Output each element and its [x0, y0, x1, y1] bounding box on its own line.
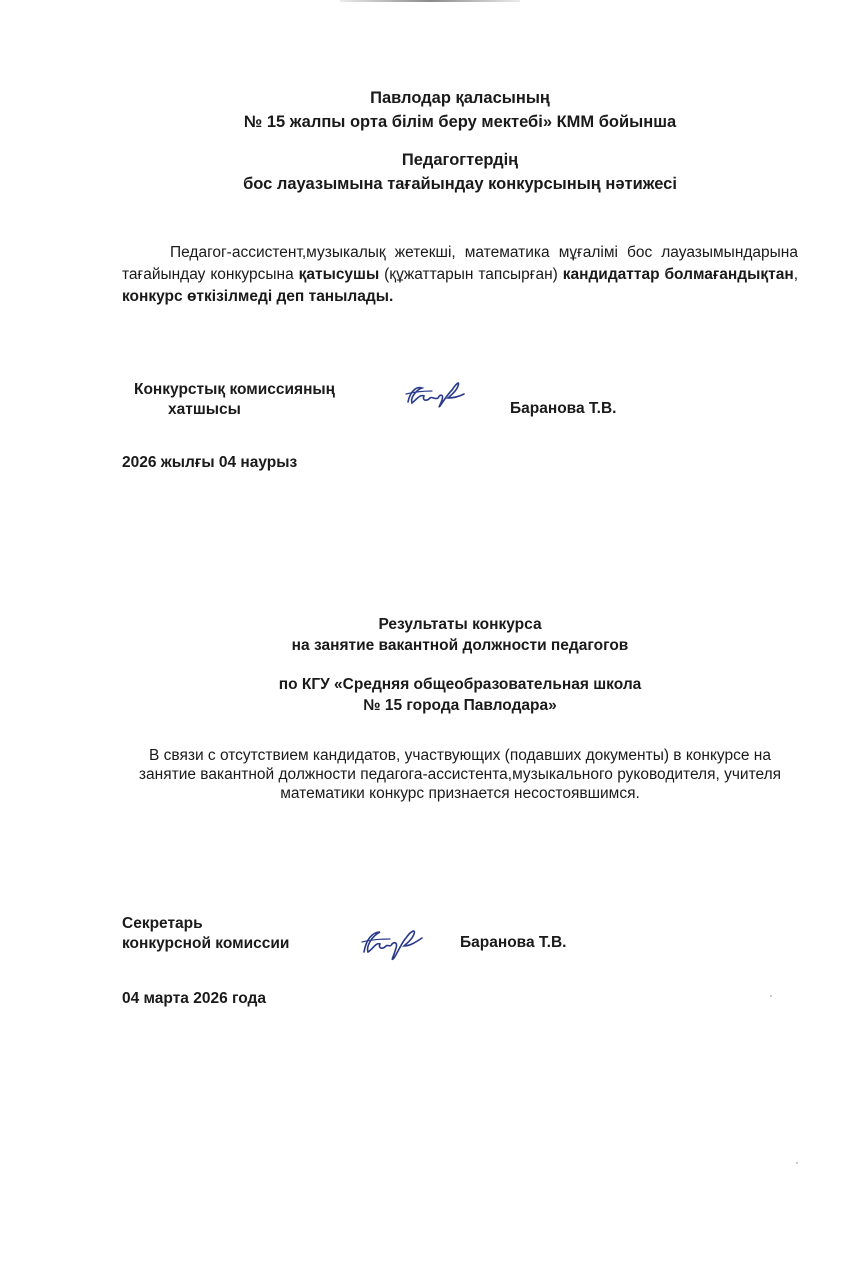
ru-signer-name: Баранова Т.В.: [460, 933, 566, 953]
kz-signer-role-line-1: Конкурстық комиссияның: [134, 380, 335, 400]
kz-title-line-1: Павлодар қаласының: [0, 86, 856, 110]
ru-body-line-3: математики конкурс признается несостоявш…: [120, 784, 800, 803]
ru-signer-role-line-2: конкурсной комиссии: [122, 934, 289, 954]
ru-subtitle: по КГУ «Средняя общеобразовательная школ…: [0, 674, 856, 716]
kz-body-text-3: ,: [794, 266, 798, 283]
kz-signer-role: Конкурстық комиссияның хатшысы: [134, 380, 335, 420]
signature-icon: [402, 376, 474, 412]
kz-signer-name: Баранова Т.В.: [510, 399, 616, 419]
ru-title-line-1: Результаты конкурса: [0, 614, 856, 635]
kz-body-text-2: (құжаттарын тапсырған): [379, 266, 563, 283]
ru-subtitle-line-2: № 15 города Павлодара»: [0, 695, 856, 716]
signature-icon: [358, 922, 428, 964]
kz-date: 2026 жылғы 04 наурыз: [122, 454, 297, 472]
kz-subtitle-line-2: бос лауазымына тағайындау конкурсының нә…: [0, 172, 856, 196]
ru-body-line-2: занятие вакантной должности педагога-асс…: [120, 765, 800, 784]
ru-date: 04 марта 2026 года: [122, 990, 266, 1008]
ru-signer-role-line-1: Секретарь: [122, 914, 289, 934]
kz-subtitle: Педагогтердің бос лауазымына тағайындау …: [0, 148, 856, 196]
kz-body-bold-2: кандидаттар болмағандықтан: [563, 266, 794, 283]
kz-body-paragraph: Педагог-ассистент,музыкалық жетекші, мат…: [122, 242, 798, 308]
kz-title-line-2: № 15 жалпы орта білім беру мектебі» КММ …: [0, 110, 856, 134]
kz-body-bold-3: конкурс өткізілмеді деп танылады.: [122, 288, 393, 305]
kz-body-bold-1: қатысушы: [299, 266, 380, 283]
ru-subtitle-line-1: по КГУ «Средняя общеобразовательная школ…: [0, 674, 856, 695]
ru-title-line-2: на занятие вакантной должности педагогов: [0, 635, 856, 656]
ru-title: Результаты конкурса на занятие вакантной…: [0, 614, 856, 656]
kz-subtitle-line-1: Педагогтердің: [0, 148, 856, 172]
scan-speck: [796, 1162, 798, 1164]
ru-signer-role: Секретарь конкурсной комиссии: [122, 914, 289, 954]
ru-body-paragraph: В связи с отсутствием кандидатов, участв…: [120, 746, 800, 803]
ru-body-line-1: В связи с отсутствием кандидатов, участв…: [120, 746, 800, 765]
kz-signer-role-line-2: хатшысы: [134, 400, 335, 420]
kz-title: Павлодар қаласының № 15 жалпы орта білім…: [0, 86, 856, 134]
scan-speck: [770, 995, 772, 997]
scan-edge-artifact: [340, 0, 520, 2]
